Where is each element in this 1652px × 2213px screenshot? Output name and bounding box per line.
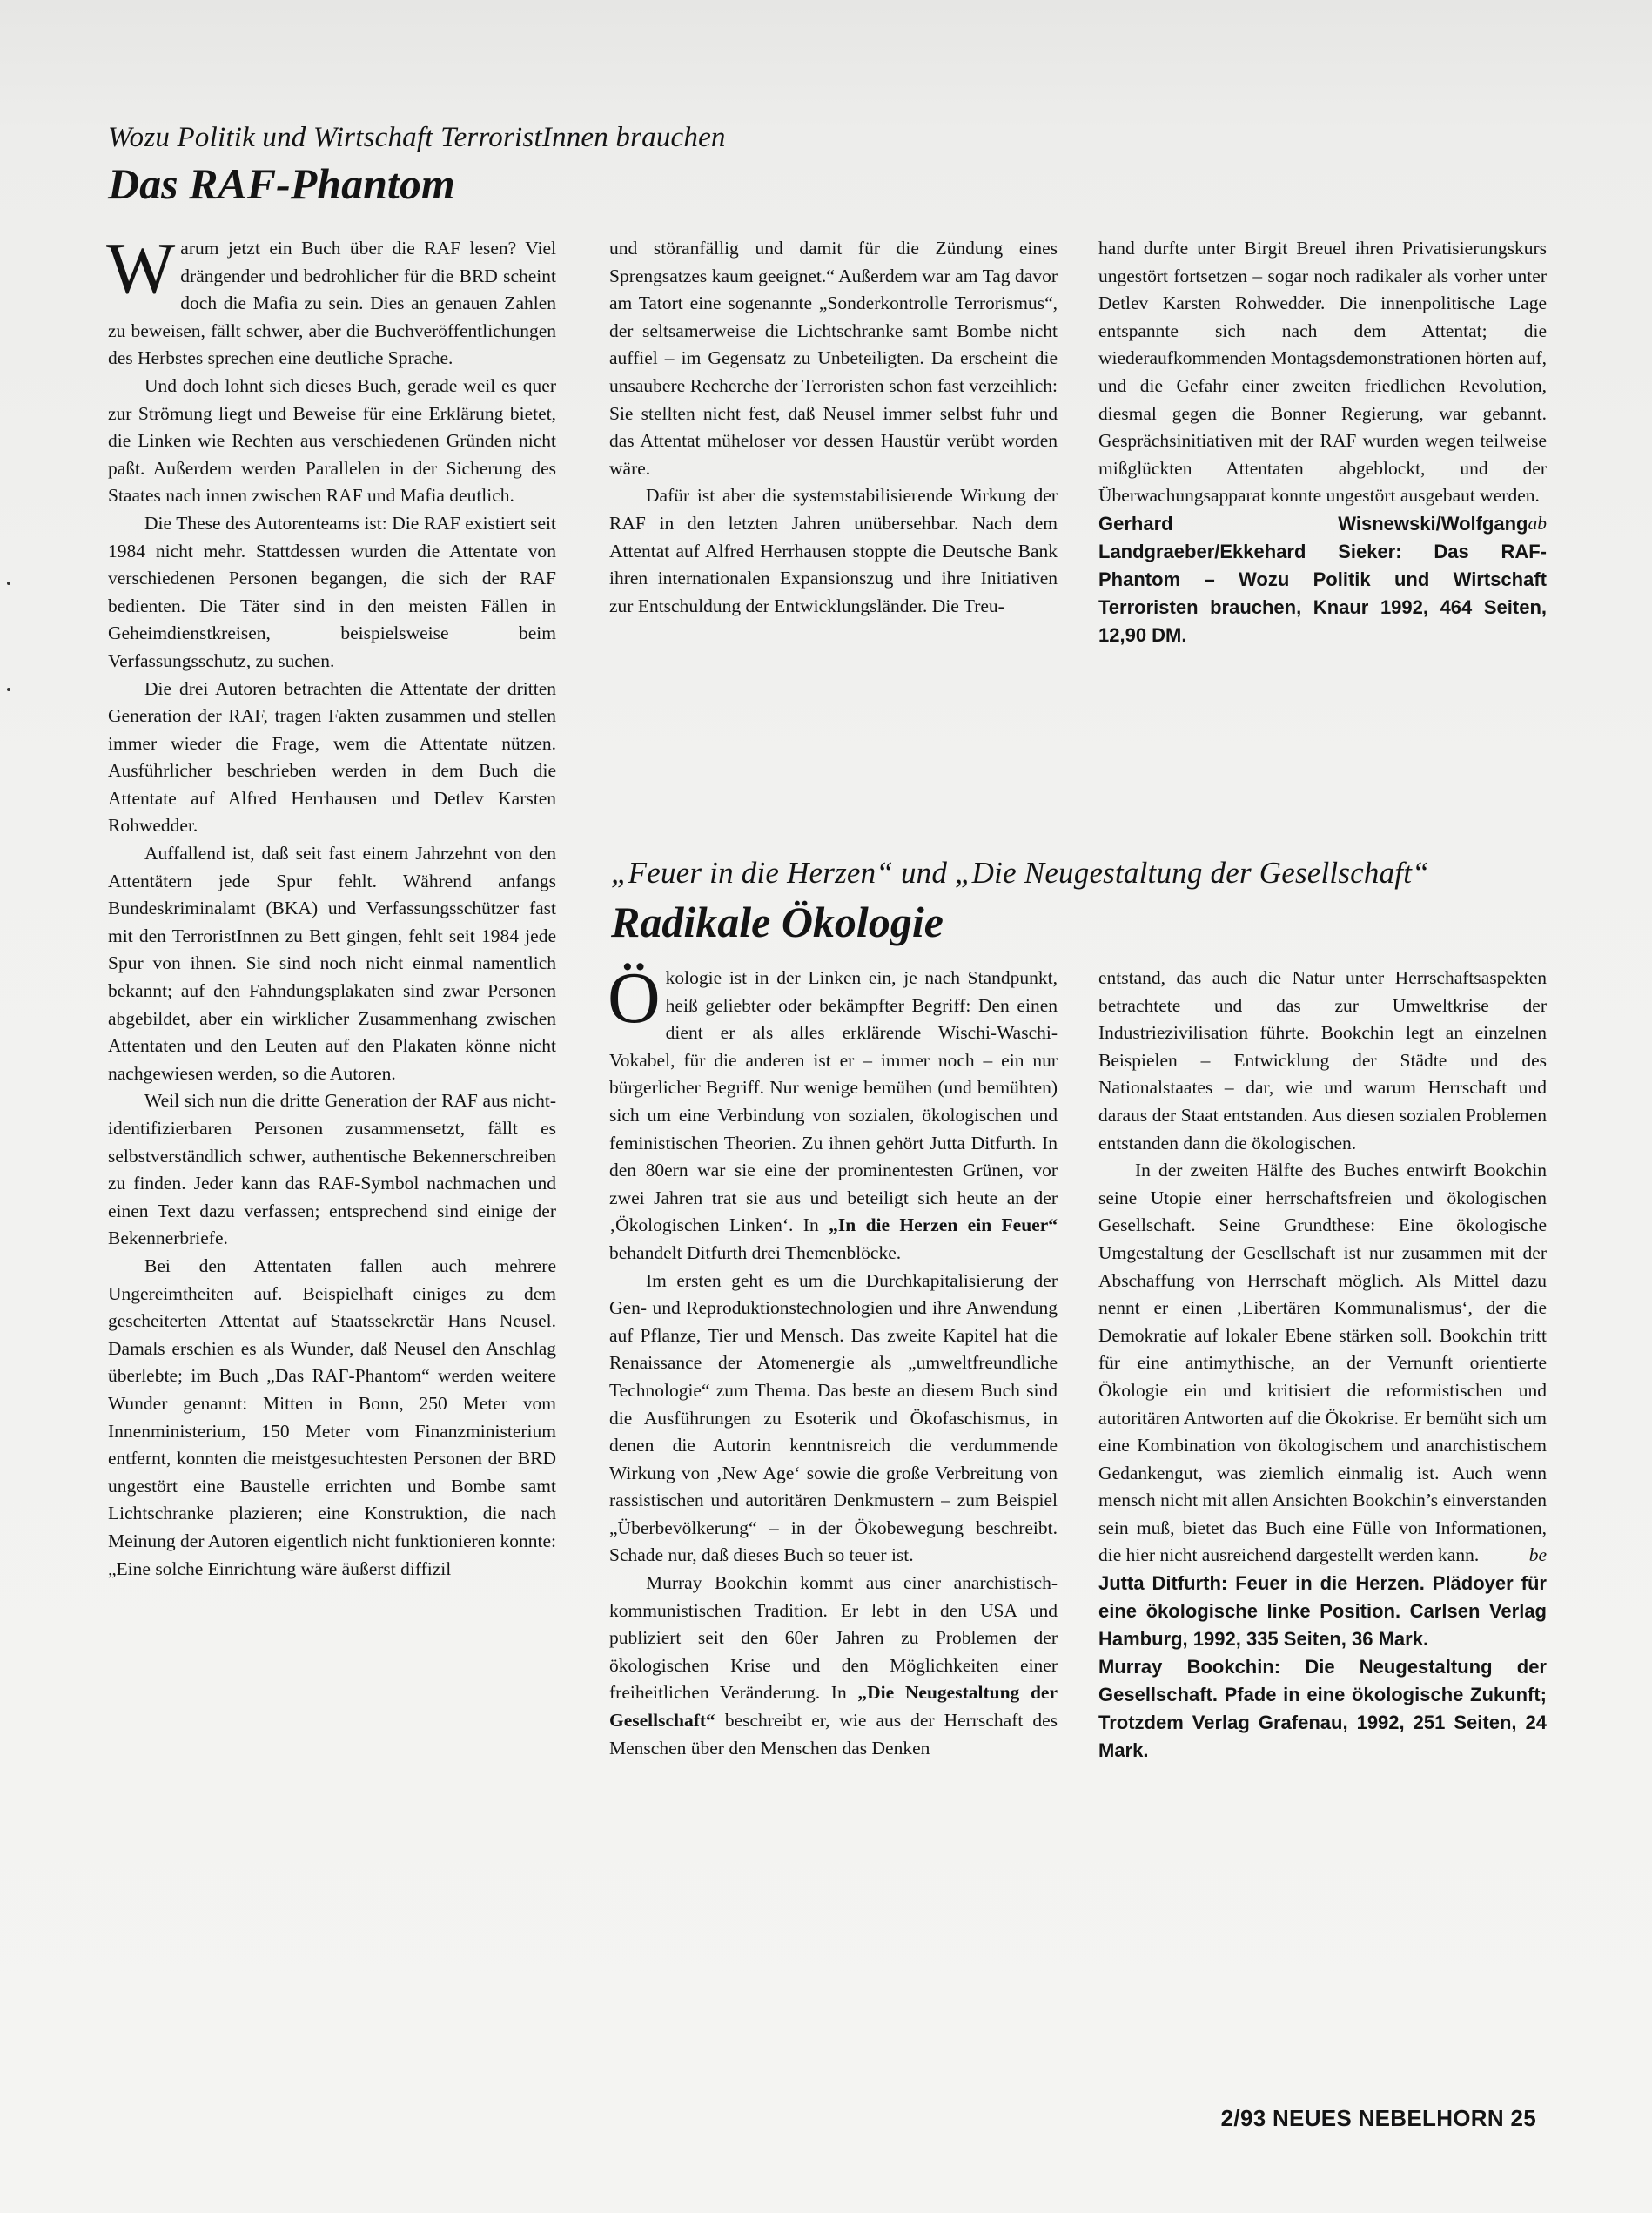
article2-paragraph: Im ersten geht es um die Durchkapitalisi… xyxy=(609,1268,1058,1571)
scan-speck xyxy=(7,582,10,585)
article2-column-1: Ökologie ist in der Linken ein, je nach … xyxy=(609,965,1058,1762)
article2-paragraph: Murray Bookchin kommt aus einer anarchis… xyxy=(609,1570,1058,1762)
article1-headline: Das RAF-Phantom xyxy=(108,158,455,209)
article1-paragraph: Bei den Attentaten fallen auch mehrere U… xyxy=(108,1253,556,1583)
article2-paragraph: In der zweiten Hälfte des Buches entwirf… xyxy=(1098,1157,1547,1570)
book-reference: Jutta Ditfurth: Feuer in die Herzen. Plä… xyxy=(1098,1570,1547,1653)
article1-paragraph: Weil sich nun die dritte Generation der … xyxy=(108,1087,556,1253)
dropcap-oe: Ö xyxy=(608,970,661,1027)
dropcap-w: W xyxy=(106,240,175,298)
book-reference: Murray Bookchin: Die Neugestaltung der G… xyxy=(1098,1653,1547,1765)
page-footer: 2/93 NEUES NEBELHORN 25 xyxy=(1221,2105,1536,2132)
article1-paragraph: Die These des Autorenteams ist: Die RAF … xyxy=(108,510,556,676)
article1-paragraph: und störanfällig und damit für die Zündu… xyxy=(609,235,1058,482)
scan-speck xyxy=(7,688,10,691)
article1-column-2: und störanfällig und damit für die Zündu… xyxy=(609,235,1058,620)
article1-paragraph: Auffallend ist, daß seit fast einem Jahr… xyxy=(108,840,556,1087)
article1-paragraph: hand durfte unter Birgit Breuel ihren Pr… xyxy=(1098,235,1547,510)
book-reference: Gerhard Wisnewski/Wolfgang Landgraeber/E… xyxy=(1098,510,1547,649)
magazine-page: Wozu Politik und Wirtschaft TerroristInn… xyxy=(0,0,1652,2213)
article1-paragraph: Und doch lohnt sich dieses Buch, gerade … xyxy=(108,373,556,510)
article2-headline: Radikale Ökologie xyxy=(611,897,944,947)
article1-paragraph: Dafür ist aber die systemstabilisierende… xyxy=(609,482,1058,620)
article2-paragraph: entstand, das auch die Natur unter Herrs… xyxy=(1098,965,1547,1157)
article2-kicker: „Feuer in die Herzen“ und „Die Neugestal… xyxy=(611,856,1429,891)
article1-kicker: Wozu Politik und Wirtschaft TerroristInn… xyxy=(108,122,726,154)
article1-column-3: hand durfte unter Birgit Breuel ihren Pr… xyxy=(1098,235,1547,649)
article1-paragraph: Warum jetzt ein Buch über die RAF lesen?… xyxy=(108,235,556,373)
author-signature: be xyxy=(1493,1542,1547,1570)
article1-paragraph: Die drei Autoren betrachten die Attentat… xyxy=(108,676,556,841)
author-signature: ab xyxy=(1528,510,1548,538)
article1-column-1: Warum jetzt ein Buch über die RAF lesen?… xyxy=(108,235,556,1583)
article2-paragraph: Ökologie ist in der Linken ein, je nach … xyxy=(609,965,1058,1268)
book-title: „In die Herzen ein Feuer“ xyxy=(829,1214,1058,1235)
article2-column-2: entstand, das auch die Natur unter Herrs… xyxy=(1098,965,1547,1765)
